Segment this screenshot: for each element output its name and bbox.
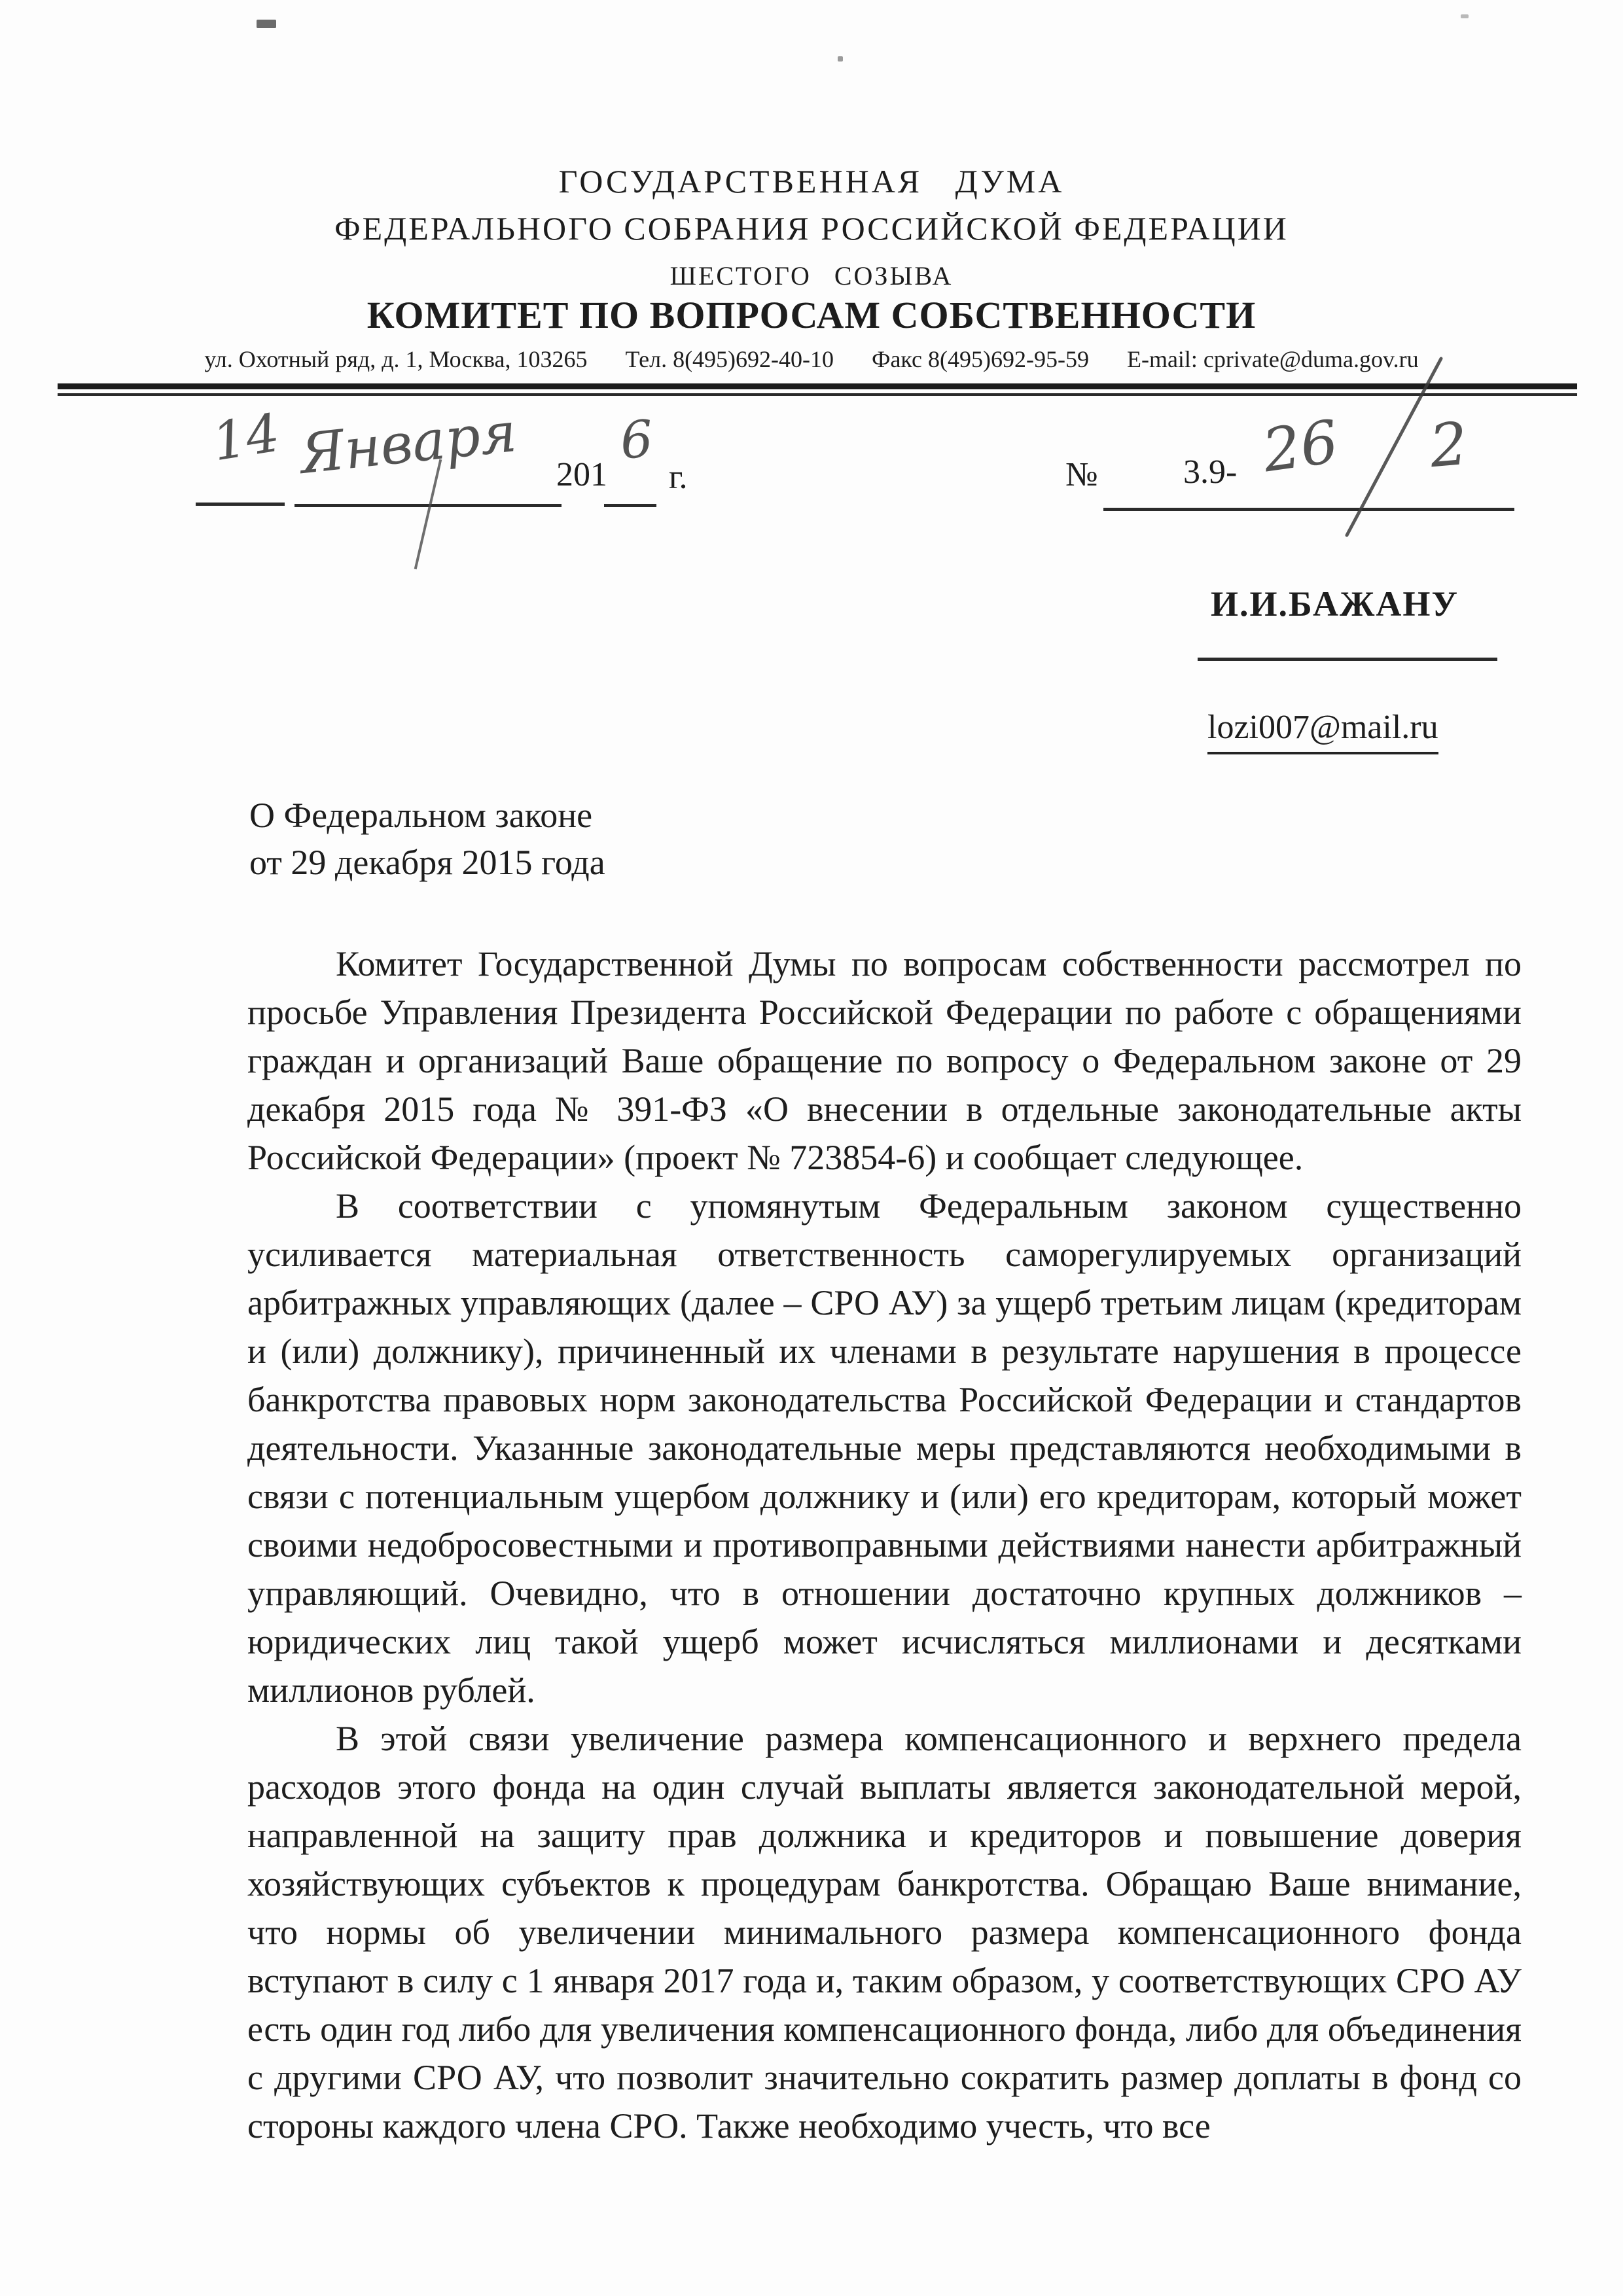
number-sign: № — [1065, 455, 1098, 494]
committee-name: КОМИТЕТ ПО ВОПРОСАМ СОБСТВЕННОСТИ — [0, 293, 1623, 337]
handwritten-date-month: Января — [297, 400, 520, 486]
year-underline — [604, 504, 656, 507]
addressee-blank-line — [1198, 658, 1497, 661]
org-name-line2: ФЕДЕРАЛЬНОГО СОБРАНИЯ РОССИЙСКОЙ ФЕДЕРАЦ… — [0, 209, 1623, 247]
letter-body: Комитет Государственной Думы по вопросам… — [247, 940, 1522, 2150]
addressee-name: И.И.БАЖАНУ — [1211, 584, 1459, 624]
scan-speck — [838, 56, 843, 62]
handwritten-date-day: 14 — [208, 402, 283, 473]
handwritten-number: 26 — [1258, 408, 1342, 486]
scan-speck — [257, 20, 276, 28]
letterhead-address: ул. Охотный ряд, д. 1, Москва, 103265 — [204, 345, 587, 373]
subject-line2: от 29 декабря 2015 года — [249, 839, 605, 886]
body-paragraph-2: В соответствии с упомянутым Федеральным … — [247, 1182, 1522, 1714]
handwritten-year-digit: 6 — [618, 410, 655, 470]
body-paragraph-1: Комитет Государственной Думы по вопросам… — [247, 940, 1522, 1182]
number-prefix-printed: 3.9- — [1183, 453, 1237, 491]
year-suffix: г. — [669, 458, 687, 497]
letterhead-fax: Факс 8(495)692-95-59 — [872, 345, 1089, 373]
document-page: ГОСУДАРСТВЕННАЯ ДУМА ФЕДЕРАЛЬНОГО СОБРАН… — [0, 0, 1623, 2296]
date-day-underline — [196, 503, 285, 506]
org-name-line1: ГОСУДАРСТВЕННАЯ ДУМА — [0, 162, 1623, 200]
body-paragraph-3: В этой связи увеличение размера компенса… — [247, 1714, 1522, 2150]
addressee-email: lozi007@mail.ru — [1207, 708, 1438, 754]
handwriting-tail-stroke — [414, 459, 442, 569]
convocation-line: ШЕСТОГО СОЗЫВА — [0, 260, 1623, 291]
subject-block: О Федеральном законе от 29 декабря 2015 … — [249, 792, 605, 886]
handwritten-slash-stroke — [1335, 353, 1453, 543]
subject-line1: О Федеральном законе — [249, 792, 605, 839]
scan-speck — [1461, 14, 1469, 18]
letterhead-phone: Тел. 8(495)692-40-10 — [626, 345, 834, 373]
year-printed: 201 — [556, 455, 607, 494]
